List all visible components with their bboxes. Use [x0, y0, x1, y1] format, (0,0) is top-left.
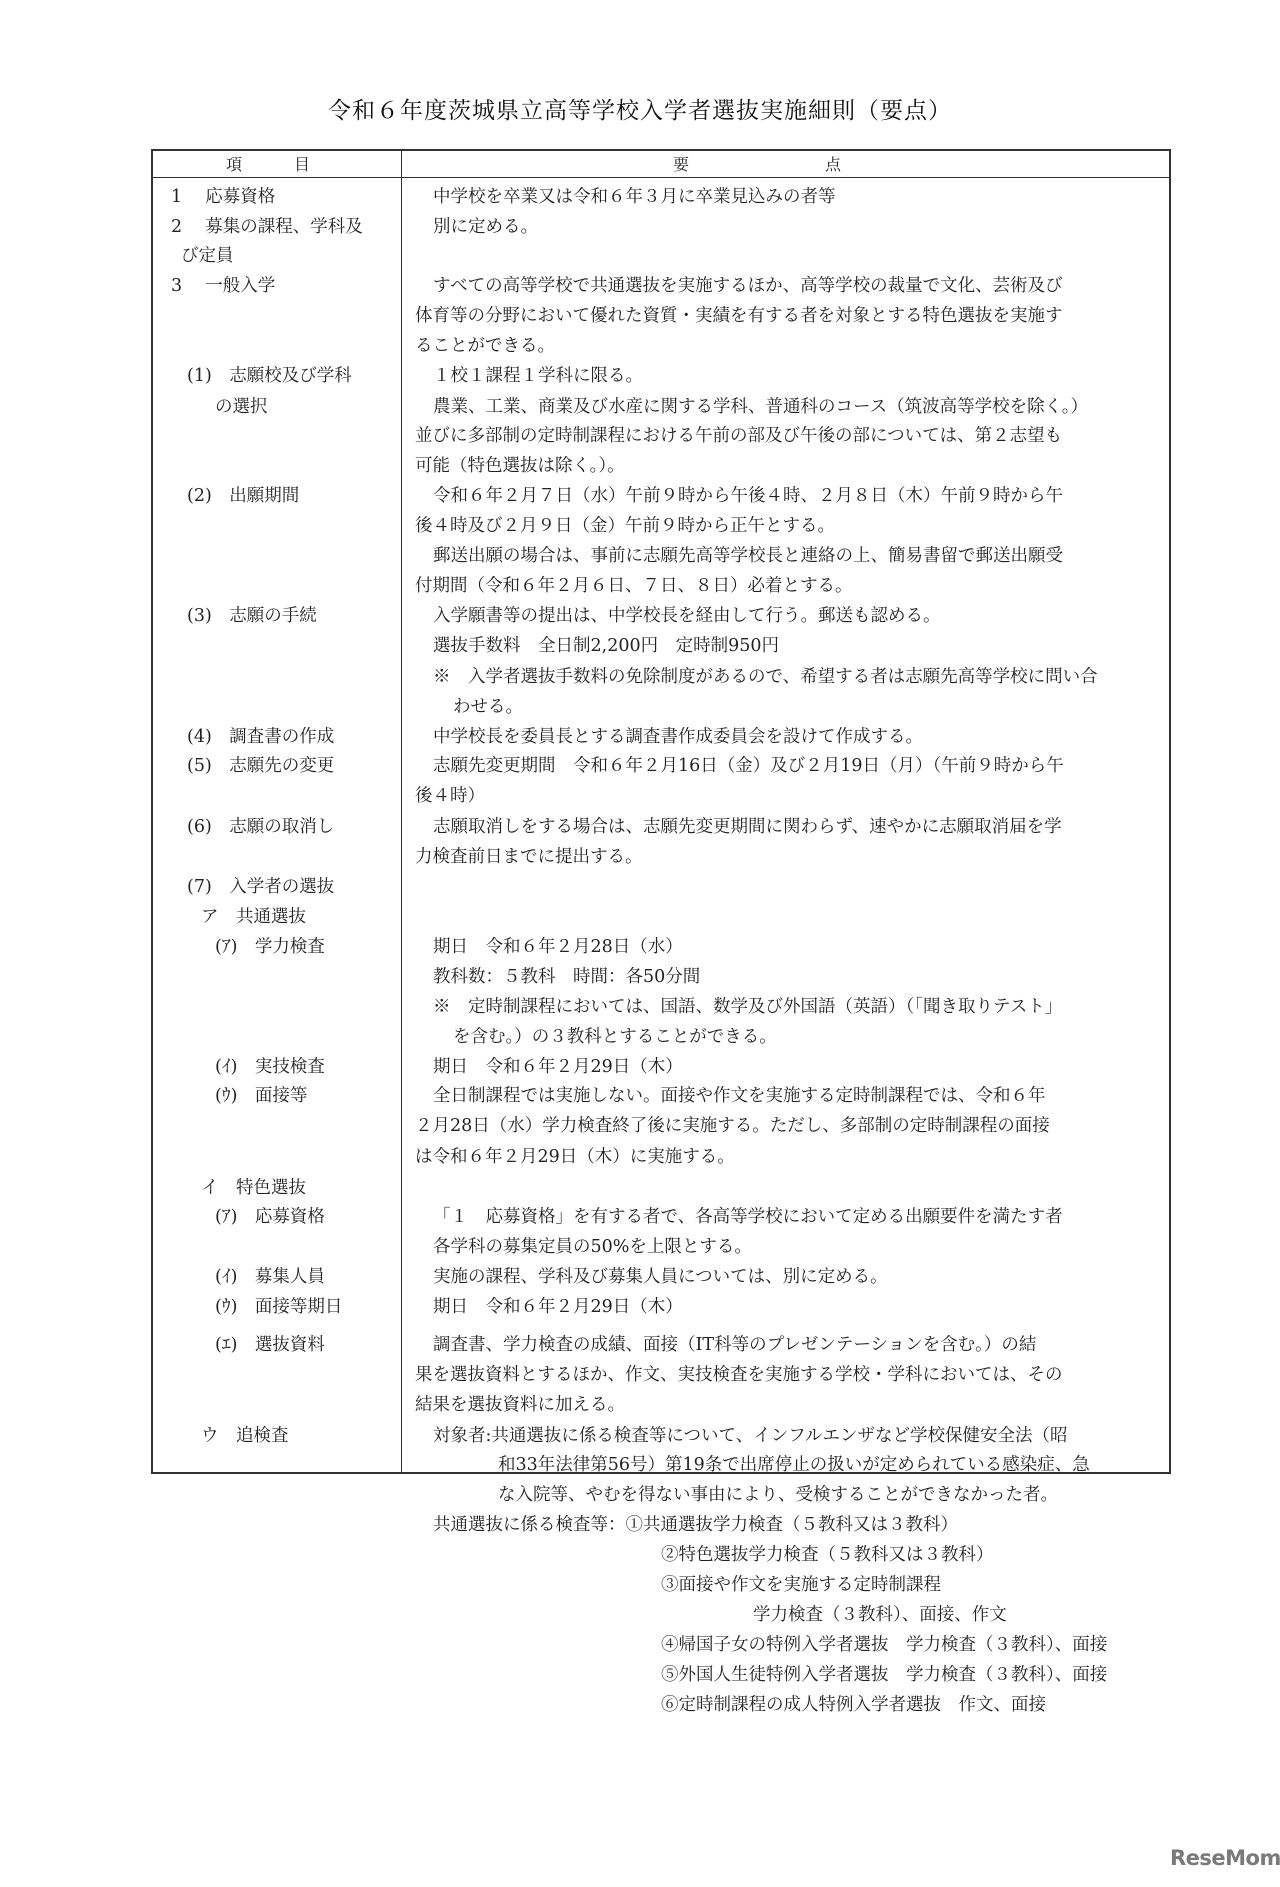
- point-text: は令和６年２月29日（木）に実施する。: [415, 1146, 735, 1168]
- item-label: (4) 調査書の作成: [187, 726, 334, 748]
- point-text: 並びに多部制の定時制課程における午前の部及び午後の部については、第２志望も: [415, 425, 1062, 447]
- item-label: 3 一般入学: [171, 275, 275, 297]
- point-text: ③面接や作文を実施する定時制課程: [661, 1574, 941, 1596]
- point-text: な入院等、やむを得ない事由により、受検することができなかった者。: [498, 1484, 1058, 1506]
- item-label: (ｳ) 面接等: [215, 1085, 307, 1107]
- point-text: ⑤外国人生徒特例入学者選抜 学力検査（３教科）、面接: [661, 1664, 1107, 1686]
- point-text: 志願先変更期間 令和６年２月16日（金）及び２月19日（月）（午前９時から午: [433, 755, 1064, 777]
- point-text: 付期間（令和６年２月６日、７日、８日）必着とする。: [415, 575, 853, 597]
- header-divider: [153, 177, 1169, 178]
- point-text: ⑥定時制課程の成人特例入学者選抜 作文、面接: [661, 1694, 1046, 1716]
- point-text: 対象者:共通選抜に係る検査等について、インフルエンザなど学校保健安全法（昭: [433, 1425, 1068, 1447]
- point-text: 中学校を卒業又は令和６年３月に卒業見込みの者等: [433, 186, 836, 208]
- item-label: の選択: [215, 396, 268, 418]
- point-text: ※ 定時制課程においては、国語、数学及び外国語（英語）（「聞き取りテスト」: [433, 996, 1062, 1018]
- point-text: 果を選抜資料とするほか、作文、実技検査を実施する学校・学科においては、その: [415, 1364, 1063, 1386]
- point-text: ることができる。: [415, 335, 555, 357]
- item-label: 1 応募資格: [171, 186, 275, 208]
- item-label: (ｴ) 選抜資料: [215, 1334, 325, 1356]
- point-text: を含む。）の３教科とすることができる。: [453, 1026, 777, 1048]
- point-text: 郵送出願の場合は、事前に志願先高等学校長と連絡の上、簡易書留で郵送出願受: [433, 545, 1063, 567]
- item-label: (ｲ) 募集人員: [215, 1266, 325, 1288]
- point-text: 志願取消しをする場合は、志願先変更期間に関わらず、速やかに志願取消届を学: [433, 816, 1062, 838]
- point-text: ※ 入学者選抜手数料の免除制度があるので、希望する者は志願先高等学校に問い合: [433, 666, 1098, 688]
- resemom-logo: ReseMom.: [1170, 1846, 1280, 1870]
- point-text: １校１課程１学科に限る。: [433, 365, 643, 387]
- item-label: イ 特色選抜: [201, 1177, 306, 1199]
- point-text: 令和６年２月７日（水）午前９時から午後４時、２月８日（木）午前９時から午: [433, 485, 1063, 507]
- item-label: ウ 追検査: [201, 1425, 289, 1447]
- point-text: 全日制課程では実施しない。面接や作文を実施する定時制課程では、令和６年: [433, 1085, 1046, 1107]
- item-label: (ｳ) 面接等期日: [215, 1296, 342, 1318]
- point-text: 調査書、学力検査の成績、面接（IT科等のプレゼンテーションを含む。）の結: [433, 1334, 1036, 1356]
- column-divider: [401, 151, 402, 1472]
- item-label: (1) 志願校及び学科: [187, 365, 352, 387]
- item-label: (ｲ) 実技検査: [215, 1056, 325, 1078]
- item-label: (7) 入学者の選抜: [187, 876, 334, 898]
- point-text: すべての高等学校で共通選抜を実施するほか、高等学校の裁量で文化、芸術及び: [433, 275, 1063, 297]
- item-label: (ｱ) 応募資格: [215, 1206, 325, 1228]
- point-text: 期日 令和６年２月29日（木）: [433, 1296, 683, 1318]
- point-text: 学力検査（３教科）、面接、作文: [753, 1604, 1007, 1626]
- item-label: (6) 志願の取消し: [187, 816, 334, 838]
- point-text: 教科数：５教科 時間：各50分間: [433, 966, 700, 988]
- point-text: 期日 令和６年２月29日（木）: [433, 1056, 683, 1078]
- summary-table: 項 目 要 点 1 応募資格2 募集の課程、学科及び定員3 一般入学(1) 志願…: [151, 149, 1171, 1474]
- point-text: 和33年法律第56号）第19条で出席停止の扱いが定められている感染症、急: [498, 1454, 1090, 1476]
- point-text: 後４時及び２月９日（金）午前９時から正午とする。: [415, 515, 835, 537]
- point-text: 入学願書等の提出は、中学校長を経由して行う。郵送も認める。: [433, 605, 941, 627]
- item-label: 2 募集の課程、学科及: [171, 216, 363, 238]
- item-label: び定員: [181, 245, 234, 267]
- point-text: 可能（特色選抜は除く。）。: [415, 455, 625, 477]
- point-text: ②特色選抜学力検査（５教科又は３教科）: [661, 1544, 994, 1566]
- point-text: 各学科の募集定員の50%を上限とする。: [433, 1236, 752, 1258]
- point-text: わせる。: [453, 696, 523, 718]
- point-text: 実施の課程、学科及び募集人員については、別に定める。: [433, 1266, 888, 1288]
- header-item: 項 目: [153, 153, 401, 177]
- point-text: 期日 令和６年２月28日（水）: [433, 936, 683, 958]
- header-points: 要 点: [403, 153, 1171, 177]
- point-text: 中学校長を委員長とする調査書作成委員会を設けて作成する。: [433, 726, 923, 748]
- point-text: ２月28日（水）学力検査終了後に実施する。ただし、多部制の定時制課程の面接: [415, 1115, 1050, 1137]
- point-text: 体育等の分野において優れた資質・実績を有する者を対象とする特色選抜を実施す: [415, 305, 1063, 327]
- point-text: 共通選抜に係る検査等：①共通選抜学力検査（５教科又は３教科）: [433, 1514, 958, 1536]
- point-text: 力検査前日までに提出する。: [415, 846, 643, 868]
- point-text: 「１ 応募資格」を有する者で、各高等学校において定める出願要件を満たす者: [433, 1206, 1063, 1228]
- item-label: (2) 出願期間: [187, 485, 299, 507]
- point-text: 選抜手数料 全日制2,200円 定時制950円: [433, 635, 779, 657]
- point-text: 後４時）: [415, 785, 485, 807]
- point-text: ④帰国子女の特例入学者選抜 学力検査（３教科）、面接: [661, 1634, 1107, 1656]
- item-label: ア 共通選抜: [201, 906, 306, 928]
- item-label: (3) 志願の手続: [187, 605, 317, 627]
- item-label: (5) 志願先の変更: [187, 755, 334, 777]
- point-text: 別に定める。: [433, 216, 538, 238]
- point-text: 結果を選抜資料に加える。: [415, 1394, 625, 1416]
- item-label: (ｱ) 学力検査: [215, 936, 325, 958]
- point-text: 農業、工業、商業及び水産に関する学科、普通科のコース（筑波高等学校を除く。）: [433, 396, 1088, 418]
- document-title: 令和６年度茨城県立高等学校入学者選抜実施細則（要点）: [0, 92, 1280, 125]
